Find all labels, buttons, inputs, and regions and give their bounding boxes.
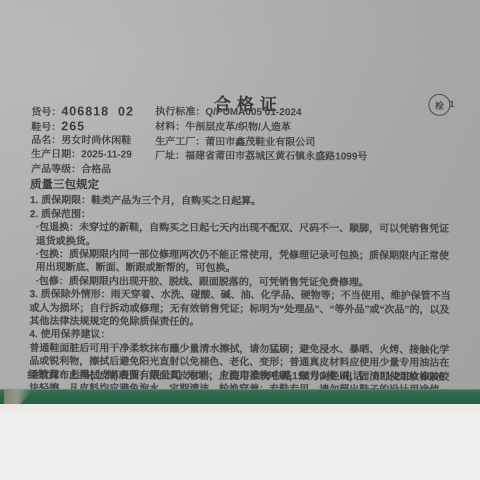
field-value: 莆田市鑫茂鞋业有限公司: [205, 136, 315, 147]
field-value: 合格品: [81, 164, 111, 175]
field-value: Q/PUMA005 01-2024: [205, 107, 301, 118]
policy-line-return-exchange: ·包退换：未穿过的新鞋，自购买之日起七天内出现不配双、尺码不一、顺脚，可以凭销售…: [30, 221, 458, 250]
field-label: 鞋号：: [31, 122, 61, 133]
field-product-name: 品名：男女时尚休闲鞋: [31, 134, 156, 149]
field-material: 材料：牛剖层皮革/织物/人造革: [155, 120, 455, 136]
field-factory: 生产工厂：莆田市鑫茂鞋业有限公司: [155, 135, 455, 151]
policy-line-exclusions: 3. 质保除外情形：雨天穿着、水洗、碰酸、碱、油、化学品、硬物等；不当使用、维护…: [29, 288, 457, 330]
field-item-number: 货号：406818 02: [31, 104, 156, 119]
certificate-card: 合格证 检 1 货号：406818 02 鞋号：265 品名：男女时尚休闲鞋 生…: [0, 0, 480, 389]
field-value: 牛剖层皮革/织物/人造革: [185, 122, 291, 133]
shoebox-edge: [0, 389, 480, 404]
field-shoe-size: 鞋号：265: [31, 119, 156, 134]
field-standard: 执行标准：Q/PUMA005 01-2024: [155, 106, 455, 122]
info-column-left: 货号：406818 02 鞋号：265 品名：男女时尚休闲鞋 生产日期：2025…: [31, 104, 156, 179]
policy-line-warranty-period: 1. 质保期限：鞋类产品为三个月，自购买之日起算。: [30, 194, 458, 209]
info-column-right: 执行标准：Q/PUMA005 01-2024 材料：牛剖层皮革/织物/人造革 生…: [155, 106, 455, 166]
field-value: 265: [61, 119, 85, 133]
field-value: 2025-11-29: [81, 150, 132, 161]
policy-line-exchange: ·包换：质保期限内同一部位修理两次仍不能正常使用，凭修理记录可包换；质保期限内正…: [30, 248, 458, 277]
field-value: 男女时尚休闲鞋: [61, 135, 131, 146]
field-label: 品名：: [31, 135, 61, 146]
field-value: 福建省莆田市荔城区黄石镇永盛路1099号: [185, 151, 367, 163]
field-label: 执行标准：: [155, 107, 205, 118]
field-label: 货号：: [31, 107, 61, 118]
field-label: 生产工厂：: [155, 136, 205, 147]
field-production-date: 生产日期：2025-11-29: [31, 148, 156, 163]
field-label: 生产日期：: [31, 149, 81, 160]
policy-heading: 质量三包规定: [30, 179, 458, 194]
dealer-info: 经销商：彪马(上海)商贸有限公司 地址：上海市淮海中路158号3楼 电话：021…: [27, 367, 467, 384]
field-label: 厂址：: [155, 151, 185, 162]
shoebox-label-photo: 合格证 检 1 货号：406818 02 鞋号：265 品名：男女时尚休闲鞋 生…: [0, 0, 480, 480]
certificate-content: 合格证 检 1 货号：406818 02 鞋号：265 品名：男女时尚休闲鞋 生…: [0, 0, 480, 390]
field-label: 材料：: [155, 121, 185, 132]
field-value: 406818 02: [61, 104, 134, 118]
field-label: 产品等级：: [31, 164, 81, 175]
field-product-grade: 产品等级：合格品: [31, 163, 156, 178]
field-factory-address: 厂址：福建省莆田市荔城区黄石镇永盛路1099号: [155, 150, 455, 166]
table-surface: [0, 404, 480, 480]
